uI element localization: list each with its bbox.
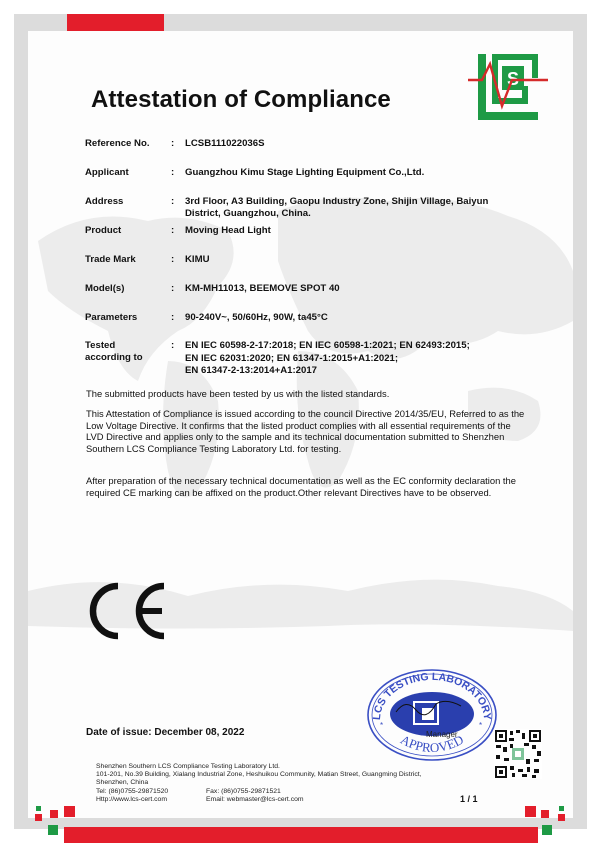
top-red-bar (67, 14, 164, 31)
decor-square (541, 810, 549, 818)
page-number: 1 / 1 (460, 794, 478, 804)
ce-mark-icon (84, 582, 168, 640)
decor-square (559, 806, 564, 811)
page-title: Attestation of Compliance (91, 86, 391, 114)
footer-contact: Shenzhen Southern LCS Compliance Testing… (96, 763, 422, 804)
decor-square (35, 814, 42, 821)
decor-square (64, 806, 75, 817)
footer-email-link[interactable]: Email: webmaster@lcs-cert.com (206, 796, 304, 804)
svg-text:*: * (380, 721, 383, 730)
decor-square (558, 814, 565, 821)
decor-square (50, 810, 58, 818)
approval-stamp: LCS TESTING LABORATORY Manager APPROVED … (366, 668, 498, 762)
lcs-logo: S (468, 52, 548, 124)
bottom-red-bar (64, 827, 538, 843)
directive-paragraph: This Attestation of Compliance is issued… (86, 408, 526, 454)
footer-tel: Tel: (86)0755-29871520 (96, 788, 206, 796)
footer-fax: Fax: (86)0755-29871521 (206, 788, 281, 796)
statement-paragraph: The submitted products have been tested … (86, 388, 526, 400)
ce-marking-paragraph: After preparation of the necessary techn… (86, 475, 526, 498)
decor-square (542, 825, 552, 835)
decor-square (36, 806, 41, 811)
decor-square (48, 825, 58, 835)
decor-square (525, 806, 536, 817)
date-of-issue: Date of issue: December 08, 2022 (86, 727, 244, 738)
qr-code[interactable] (494, 729, 542, 779)
footer-website-link[interactable]: Http://www.lcs-cert.com (96, 796, 206, 804)
svg-text:*: * (479, 721, 482, 730)
